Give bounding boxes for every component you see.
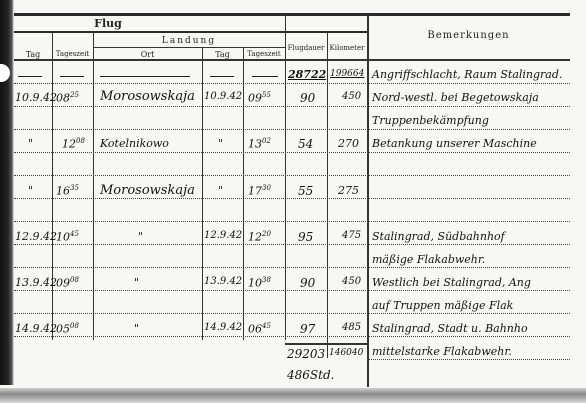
row5-remark-2: auf Truppen mäßige Flak [372, 299, 513, 312]
row-line [367, 359, 570, 360]
row6-km: 485 [342, 322, 361, 333]
row3-tag: " [28, 184, 33, 197]
row-line [14, 336, 570, 337]
row3-landung-zeit: 1730 [248, 184, 271, 198]
row5-ort: " [134, 276, 139, 289]
row5-landung-zeit: 1038 [248, 276, 271, 290]
row4-landung-tag: 12.9.42 [204, 230, 242, 241]
row6-ort: " [134, 322, 139, 335]
row-line [14, 313, 570, 314]
col-divider [93, 33, 94, 340]
col-divider [327, 33, 328, 358]
row6-flugdauer: 97 [300, 322, 315, 336]
totals-rule [285, 343, 367, 345]
row4-remark-1: Stalingrad, Südbahnhof [372, 230, 505, 243]
row5-flugdauer: 90 [300, 276, 315, 290]
row-line [14, 267, 570, 268]
row4-tag: 12.9.42 [15, 230, 57, 243]
total-flugdauer: 29203 [287, 347, 325, 361]
row1-ort: Morosowskaja [100, 89, 195, 104]
row2-remark-1: Betankung unserer Maschine [372, 137, 537, 150]
row3-flugdauer: 55 [298, 184, 313, 198]
flug-rule [14, 31, 367, 33]
row4-km: 475 [342, 230, 361, 241]
total-hours: 486Std. [287, 368, 334, 382]
row2-zeit: 1208 [62, 137, 85, 151]
row6-landung-zeit: 0645 [248, 322, 271, 336]
row5-km: 450 [342, 276, 361, 287]
row4-remark-2: mäßige Flakabwehr. [372, 253, 485, 266]
row1-flugdauer: 90 [300, 91, 315, 105]
dash [60, 76, 84, 77]
carryover-remark: Angriffschlacht, Raum Stalingrad. [372, 68, 562, 81]
header-tag: Tag [14, 50, 52, 59]
row1-landung-zeit: 0955 [248, 91, 271, 105]
col-divider [243, 47, 244, 340]
dash [18, 76, 42, 77]
row1-tag: 10.9.42 [15, 91, 57, 104]
row1-zeit: 0825 [56, 91, 79, 105]
row1-landung-tag: 10.9.42 [204, 91, 242, 102]
row6-tag: 14.9.42 [15, 322, 57, 335]
col-divider [202, 47, 203, 340]
dash [252, 76, 278, 77]
row4-landung-zeit: 1220 [248, 230, 271, 244]
col-divider [52, 33, 53, 340]
row-line [14, 175, 570, 176]
header-landung: Landung [93, 36, 285, 46]
row-line [14, 290, 570, 291]
total-kilometer: 146040 [329, 348, 363, 358]
row2-flugdauer: 54 [298, 137, 313, 151]
row3-landung-tag: " [218, 184, 223, 197]
col-divider [367, 15, 369, 387]
row-line [14, 198, 570, 199]
header-flugdauer: Flugdauer [285, 44, 327, 52]
row4-ort: " [138, 230, 143, 243]
row1-km: 450 [342, 91, 361, 102]
dash [100, 76, 190, 77]
header-bottom-rule [14, 59, 570, 61]
landung-rule [93, 47, 285, 48]
row2-tag: " [28, 137, 33, 150]
header-kilometer: Kilometer [327, 44, 367, 52]
row2-landung-tag: " [218, 137, 223, 150]
row-line [14, 152, 570, 153]
row5-landung-tag: 13.9.42 [204, 276, 242, 287]
row-line [14, 106, 570, 107]
row4-flugdauer: 95 [298, 230, 313, 244]
row3-ort: Morosowskaja [100, 183, 195, 198]
row6-landung-tag: 14.9.42 [204, 322, 242, 333]
scan-bottom-edge [0, 388, 586, 403]
row-line [14, 221, 570, 222]
row-line [14, 83, 570, 84]
carryover-flugdauer: 28722 [288, 68, 326, 81]
row3-zeit: 1635 [56, 184, 79, 198]
logbook-page: Flug Landung Tag Tageszeit Ort Tag Tages… [0, 0, 586, 403]
header-flug: Flug [14, 17, 202, 30]
row1-remark-2: Truppenbekämpfung [372, 114, 489, 127]
row1-remark-1: Nord-westl. bei Begetowskaja [372, 91, 539, 104]
header-landung-tag: Tag [202, 50, 243, 59]
scan-dark-edge [0, 0, 14, 385]
row6-zeit: 0508 [56, 322, 79, 336]
row5-tag: 13.9.42 [15, 276, 57, 289]
row3-km: 275 [338, 184, 359, 197]
row6-remark-1: Stalingrad, Stadt u. Bahnho [372, 322, 528, 335]
dash [210, 76, 234, 77]
header-ort: Ort [93, 50, 202, 59]
header-bemerkungen: Bemerkungen [367, 30, 570, 41]
header-tageszeit: Tageszeit [52, 50, 93, 58]
row5-zeit: 0908 [56, 276, 79, 290]
row2-ort: Kotelnikowo [100, 137, 169, 150]
row4-zeit: 1045 [56, 230, 79, 244]
header-landung-tageszeit: Tageszeit [243, 50, 285, 58]
total-remark: mittelstarke Flakabwehr. [372, 345, 512, 358]
row2-landung-zeit: 1302 [248, 137, 271, 151]
col-divider [285, 15, 286, 340]
row-line [14, 244, 570, 245]
top-rule [14, 13, 570, 16]
row2-km: 270 [338, 137, 359, 150]
row-line [14, 129, 570, 130]
carryover-kilometer: 199664 [330, 69, 364, 79]
row5-remark-1: Westlich bei Stalingrad, Ang [372, 276, 531, 289]
